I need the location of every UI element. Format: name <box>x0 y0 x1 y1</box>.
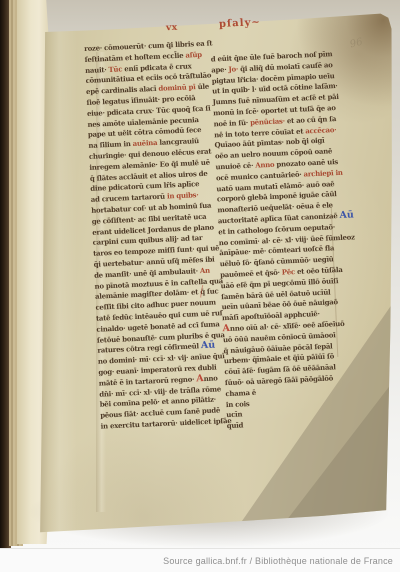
text-block: roze· cōmouerūt· cum q̄i libris ea ſtſeſ… <box>84 33 361 444</box>
running-title-left: vx <box>166 23 178 34</box>
source-banner-text: Source gallica.bnf.fr / Bibliothèque nat… <box>163 556 400 566</box>
text-column-left: roze· cōmouerūt· cum q̄i libris ea ſtſeſ… <box>84 39 227 433</box>
running-title-right: pſaly~ <box>219 17 261 30</box>
source-banner: Source gallica.bnf.fr / Bibliothèque nat… <box>0 548 400 572</box>
text-column-right: d eūit q̄ne ūle ſuē baroch noſ pīmape· J… <box>211 49 355 432</box>
